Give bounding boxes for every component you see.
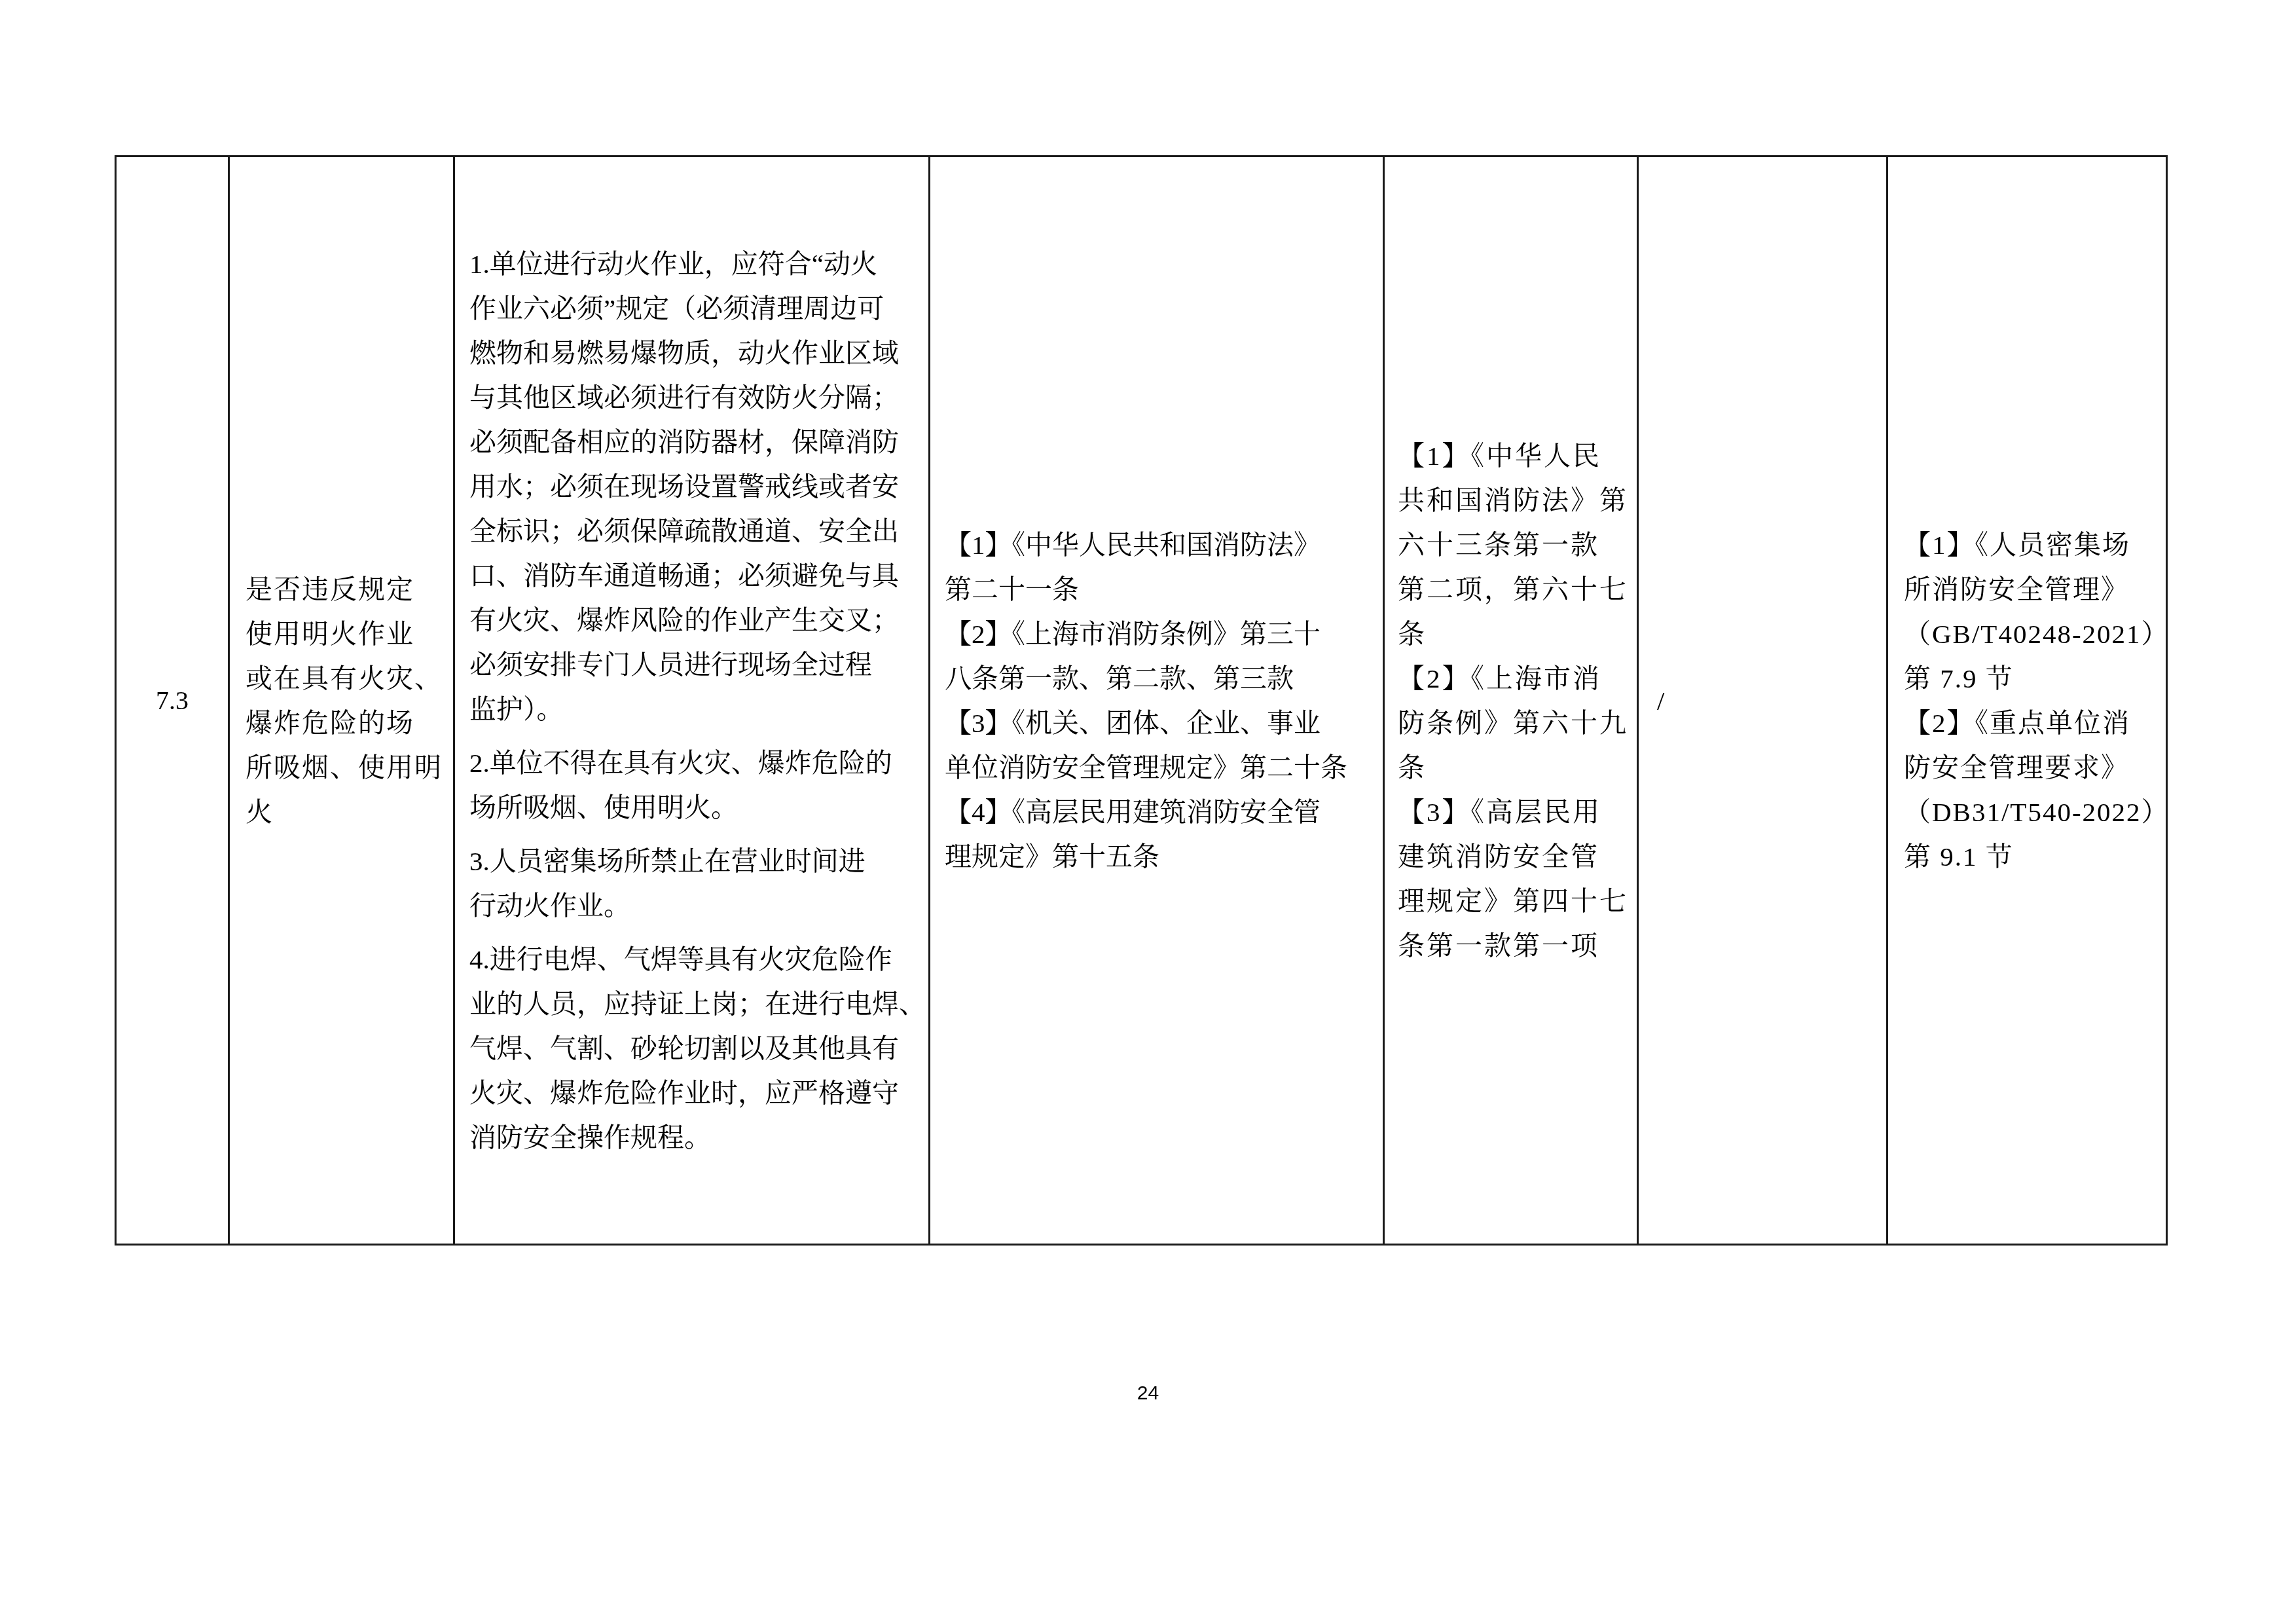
content-line: 业的人员，应持证上岗；在进行电焊、 [469, 982, 918, 1026]
basis-line: 理规定》第十五条 [945, 834, 1374, 879]
penalty-line: 六十三条第一款 [1398, 523, 1625, 567]
reference-standard: 【1】《人员密集场 所消防安全管理》 （GB/T40248-2021） 第 7.… [1887, 157, 2167, 1245]
content-line: 有火灾、爆炸风险的作业产生交叉； [469, 598, 918, 642]
item-line: 是否违反规定 [246, 567, 441, 612]
basis-line: 八条第一款、第二款、第三款 [945, 656, 1374, 701]
basis-line: 【4】《高层民用建筑消防安全管 [945, 790, 1374, 834]
penalty-line: 【3】《高层民用 [1398, 790, 1625, 834]
inspection-table: 7.3 是否违反规定 使用明火作业 或在具有火灾、 爆炸危险的场 所吸烟、使用明… [115, 155, 2168, 1246]
standard-line: 防安全管理要求》 [1904, 745, 2159, 790]
standard-line: 第 9.1 节 [1904, 834, 2159, 879]
content-line: 场所吸烟、使用明火。 [469, 785, 918, 830]
content-line: 3.人员密集场所禁止在营业时间进 [469, 839, 918, 883]
content-line: 4.进行电焊、气焊等具有火灾危险作 [469, 937, 918, 982]
penalty-line: 建筑消防安全管 [1398, 834, 1625, 879]
basis-line: 【1】《中华人民共和国消防法》 [945, 523, 1374, 567]
basis-line: 单位消防安全管理规定》第二十条 [945, 745, 1374, 790]
content-line: 监护）。 [469, 687, 918, 731]
content-line: 用水；必须在现场设置警戒线或者安 [469, 464, 918, 509]
item-line: 爆炸危险的场 [246, 701, 441, 745]
standard-line: （GB/T40248-2021） [1904, 612, 2159, 656]
standard-line: 【1】《人员密集场 [1904, 523, 2159, 567]
standard-line: 所消防安全管理》 [1904, 567, 2159, 612]
inspection-item: 是否违反规定 使用明火作业 或在具有火灾、 爆炸危险的场 所吸烟、使用明 火 [229, 157, 454, 1245]
inspection-content: 1.单位进行动火作业，应符合“动火 作业六必须”规定（必须清理周边可 燃物和易燃… [454, 157, 930, 1245]
content-line: 作业六必须”规定（必须清理周边可 [469, 286, 918, 331]
penalty-basis: 【1】《中华人民 共和国消防法》第 六十三条第一款 第二项，第六十七 条 【2】… [1384, 157, 1638, 1245]
basis-line: 【3】《机关、团体、企业、事业 [945, 701, 1374, 745]
standard-line: 【2】《重点单位消 [1904, 701, 2159, 745]
content-line: 消防安全操作规程。 [469, 1115, 918, 1160]
content-line: 火灾、爆炸危险作业时，应严格遵守 [469, 1071, 918, 1115]
content-line: 2.单位不得在具有火灾、爆炸危险的 [469, 741, 918, 785]
content-paragraph-2: 2.单位不得在具有火灾、爆炸危险的 场所吸烟、使用明火。 [469, 741, 918, 830]
penalty-line: 理规定》第四十七 [1398, 879, 1625, 923]
penalty-line: 条 [1398, 612, 1625, 656]
basis-line: 第二十一条 [945, 567, 1374, 612]
page-number: 24 [0, 1380, 2296, 1407]
content-line: 必须安排专门人员进行现场全过程 [469, 642, 918, 687]
item-line: 使用明火作业 [246, 612, 441, 656]
content-line: 与其他区域必须进行有效防火分隔； [469, 375, 918, 420]
content-line: 必须配备相应的消防器材，保障消防 [469, 420, 918, 464]
content-line: 气焊、气割、砂轮切割以及其他具有 [469, 1026, 918, 1071]
content-paragraph-4: 4.进行电焊、气焊等具有火灾危险作 业的人员，应持证上岗；在进行电焊、 气焊、气… [469, 937, 918, 1160]
legal-basis: 【1】《中华人民共和国消防法》 第二十一条 【2】《上海市消防条例》第三十 八条… [930, 157, 1384, 1245]
content-line: 1.单位进行动火作业，应符合“动火 [469, 242, 918, 286]
item-line: 所吸烟、使用明 [246, 745, 441, 790]
penalty-line: 共和国消防法》第 [1398, 478, 1625, 523]
content-line: 燃物和易燃易爆物质，动火作业区域 [469, 331, 918, 375]
basis-line: 【2】《上海市消防条例》第三十 [945, 612, 1374, 656]
discretion-standard: / [1638, 157, 1887, 1245]
penalty-line: 防条例》第六十九 [1398, 701, 1625, 745]
table-row: 7.3 是否违反规定 使用明火作业 或在具有火灾、 爆炸危险的场 所吸烟、使用明… [116, 157, 2167, 1245]
item-line: 或在具有火灾、 [246, 656, 441, 701]
standard-line: （DB31/T540-2022） [1904, 790, 2159, 834]
content-line: 口、消防车通道畅通；必须避免与具 [469, 553, 918, 598]
penalty-line: 【1】《中华人民 [1398, 434, 1625, 478]
content-paragraph-1: 1.单位进行动火作业，应符合“动火 作业六必须”规定（必须清理周边可 燃物和易燃… [469, 242, 918, 731]
item-line: 火 [246, 790, 441, 834]
content-line: 行动火作业。 [469, 883, 918, 928]
content-line: 全标识；必须保障疏散通道、安全出 [469, 509, 918, 553]
standard-line: 第 7.9 节 [1904, 656, 2159, 701]
content-paragraph-3: 3.人员密集场所禁止在营业时间进 行动火作业。 [469, 839, 918, 928]
penalty-line: 条 [1398, 745, 1625, 790]
penalty-line: 条第一款第一项 [1398, 923, 1625, 968]
penalty-line: 第二项，第六十七 [1398, 567, 1625, 612]
penalty-line: 【2】《上海市消 [1398, 656, 1625, 701]
item-number: 7.3 [116, 157, 229, 1245]
